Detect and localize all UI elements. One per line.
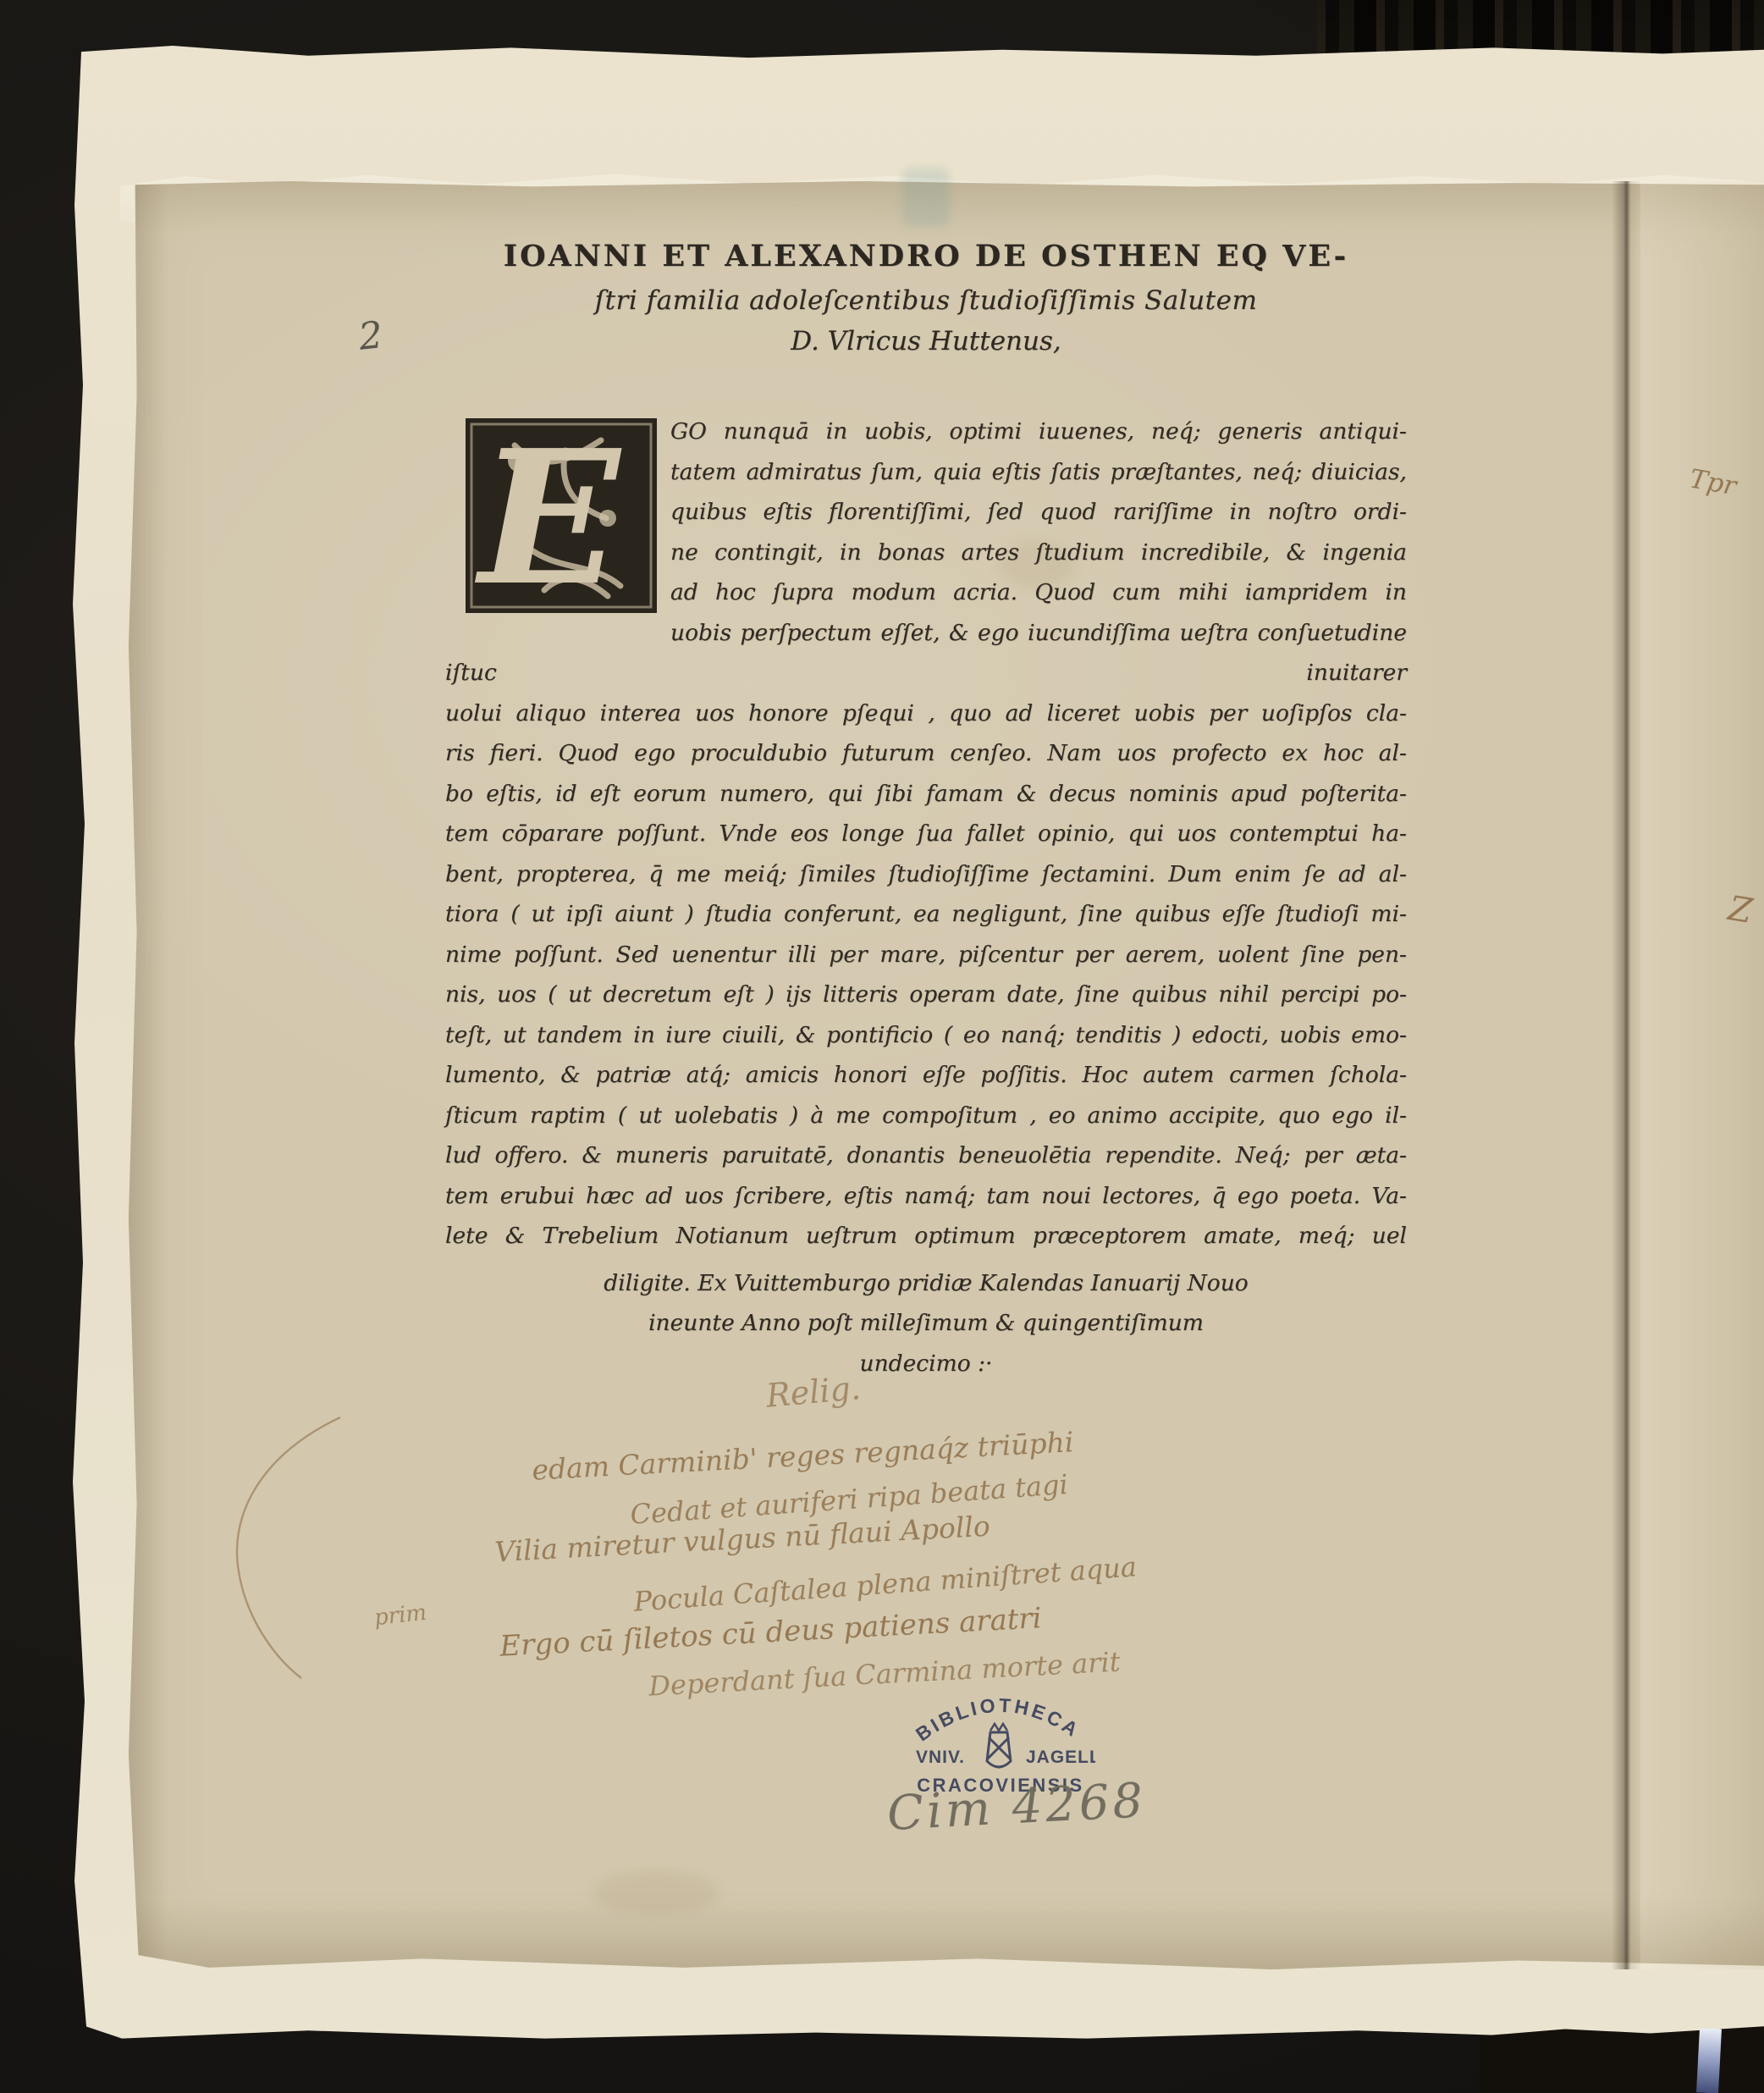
heading-line-1: IOANNI ET ALEXANDRO DE OSTHEN EQ VE- (445, 237, 1407, 276)
drop-cap-letter: E (474, 417, 622, 615)
stamp-arc-text: BIBLIOTHECA (912, 1694, 1084, 1746)
stamp-crest (987, 1724, 1011, 1767)
body-line: tiora ( ut ipſi aiunt ) ſtudia conferunt… (445, 894, 1407, 935)
ink-bleed-smudge (902, 168, 950, 227)
bookmark-ribbon (1696, 2028, 1722, 2093)
body-line: bent, propterea, q̄ me meiq́; ſimiles ſt… (445, 854, 1407, 895)
closing-line: diligite. Ex Vuittemburgo pridiæ Kalenda… (445, 1263, 1407, 1304)
body-line: lete & Trebelium Notianum ueſtrum optimu… (445, 1216, 1407, 1256)
body-line: tem erubui hæc ad uos ſcribere, eſtis na… (445, 1176, 1407, 1217)
stamp-left-text: VNIV. (916, 1748, 965, 1767)
body-line: uolui aliquo interea uos honore pſequi ,… (445, 693, 1407, 734)
adjacent-page-surface (1640, 181, 1764, 1969)
body-line: bo eſtis, id eſt eorum numero, qui ſibi … (445, 774, 1407, 815)
page-fold (1612, 181, 1640, 1969)
stamp-right-text: JAGELL. (1026, 1748, 1095, 1767)
body-line: lud offero. & muneris paruitatē, donanti… (445, 1135, 1407, 1176)
heading-line-3: D. Vlricus Huttenus, (445, 322, 1407, 361)
pen-flourish (213, 1402, 383, 1690)
body-line: lumento, & patriæ atq́; amicis honori eſ… (445, 1055, 1407, 1096)
heading-line-2: ſtri familia adoleſcentibus ſtudioſiſſim… (445, 281, 1407, 320)
body-line: nime poſſunt. Sed uenentur illi per mare… (445, 935, 1407, 975)
drop-cap-woodcut: E (464, 417, 659, 615)
paper-stain (593, 1871, 719, 1914)
body-line: ſticum raptim ( ut uolebatis ) à me comp… (445, 1096, 1407, 1136)
body-line: uobis perſpectum eſſet, & ego iucundiſſi… (445, 613, 1407, 693)
body-line: ris fieri. Quod ego proculdubio futurum … (445, 733, 1407, 774)
svg-text:BIBLIOTHECA: BIBLIOTHECA (912, 1694, 1084, 1746)
body-text: E GO nunquā in uobis, optimi iuuenes, ne… (445, 411, 1407, 1383)
body-line: nis, uos ( ut decretum eſt ) ijs litteri… (445, 975, 1407, 1015)
closing-line: undecimo :· (445, 1344, 1407, 1384)
folio-number: 2 (356, 314, 384, 360)
body-line: teſt, ut tandem in iure ciuili, & pontif… (445, 1015, 1407, 1056)
letterpress-text-block: IOANNI ET ALEXANDRO DE OSTHEN EQ VE- ſtr… (445, 237, 1407, 361)
closing-line: ineunte Anno poſt milleſimum & quingenti… (445, 1303, 1407, 1344)
scanned-book-page: 2 IOANNI ET ALEXANDRO DE OSTHEN EQ VE- ſ… (0, 0, 1764, 2093)
body-line: tem cōparare poſſunt. Vnde eos longe ſua… (445, 814, 1407, 854)
